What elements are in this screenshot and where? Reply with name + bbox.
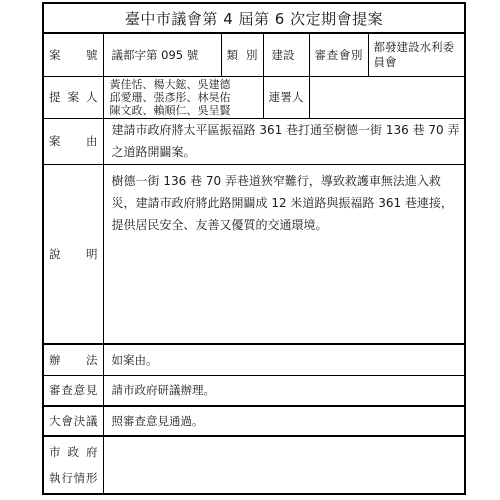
execution-status-label: 市政府 執行情形 (43, 436, 103, 494)
description-value: 樹德一街 136 巷 70 弄巷道狹窄難行，導致救護車無法進入救災，建請市政府將… (103, 164, 465, 344)
proposer-names-line: 邱愛珊、張彥彤、林昊佑 (110, 91, 263, 104)
committee-value: 都發建設水利委員會 (368, 33, 465, 76)
method-label: 辦法 (43, 344, 103, 375)
proposer-names: 黃佳恬、楊大鋐、吳建德 邱愛珊、張彥彤、林昊佑 陳文政、賴順仁、吳呈賢 (103, 76, 263, 118)
proposal-form-sheet: 臺中市議會第 4 屆第 6 次定期會提案 案號 議都字第 095 號 類別 建設… (42, 2, 466, 495)
resolution-label: 大會決議 (43, 406, 103, 436)
proposer-names-line: 陳文政、賴順仁、吳呈賢 (110, 104, 263, 117)
category-value: 建設 (263, 33, 309, 76)
review-opinion-value: 請市政府研議辦理。 (103, 375, 465, 406)
description-label: 說明 (43, 164, 103, 344)
method-value: 如案由。 (103, 344, 465, 375)
review-opinion-label: 審查意見 (43, 375, 103, 406)
subject-label: 案由 (43, 118, 103, 164)
resolution-value: 照審查意見通過。 (103, 406, 465, 436)
form-title: 臺中市議會第 4 屆第 6 次定期會提案 (43, 3, 465, 33)
case-number-value: 議都字第 095 號 (103, 33, 221, 76)
proposer-names-line: 黃佳恬、楊大鋐、吳建德 (110, 78, 263, 91)
proposer-label: 提案人 (43, 76, 103, 118)
committee-label: 審查會別 (309, 33, 368, 76)
cosigner-value (309, 76, 465, 118)
proposal-form-table: 臺中市議會第 4 屆第 6 次定期會提案 案號 議都字第 095 號 類別 建設… (42, 2, 466, 495)
cosigner-label: 連署人 (263, 76, 309, 118)
category-label: 類別 (221, 33, 263, 76)
subject-value: 建請市政府將太平區振福路 361 巷打通至樹德一街 136 巷 70 弄之道路開… (103, 118, 465, 164)
case-number-label: 案號 (43, 33, 103, 76)
execution-status-value (103, 436, 465, 494)
